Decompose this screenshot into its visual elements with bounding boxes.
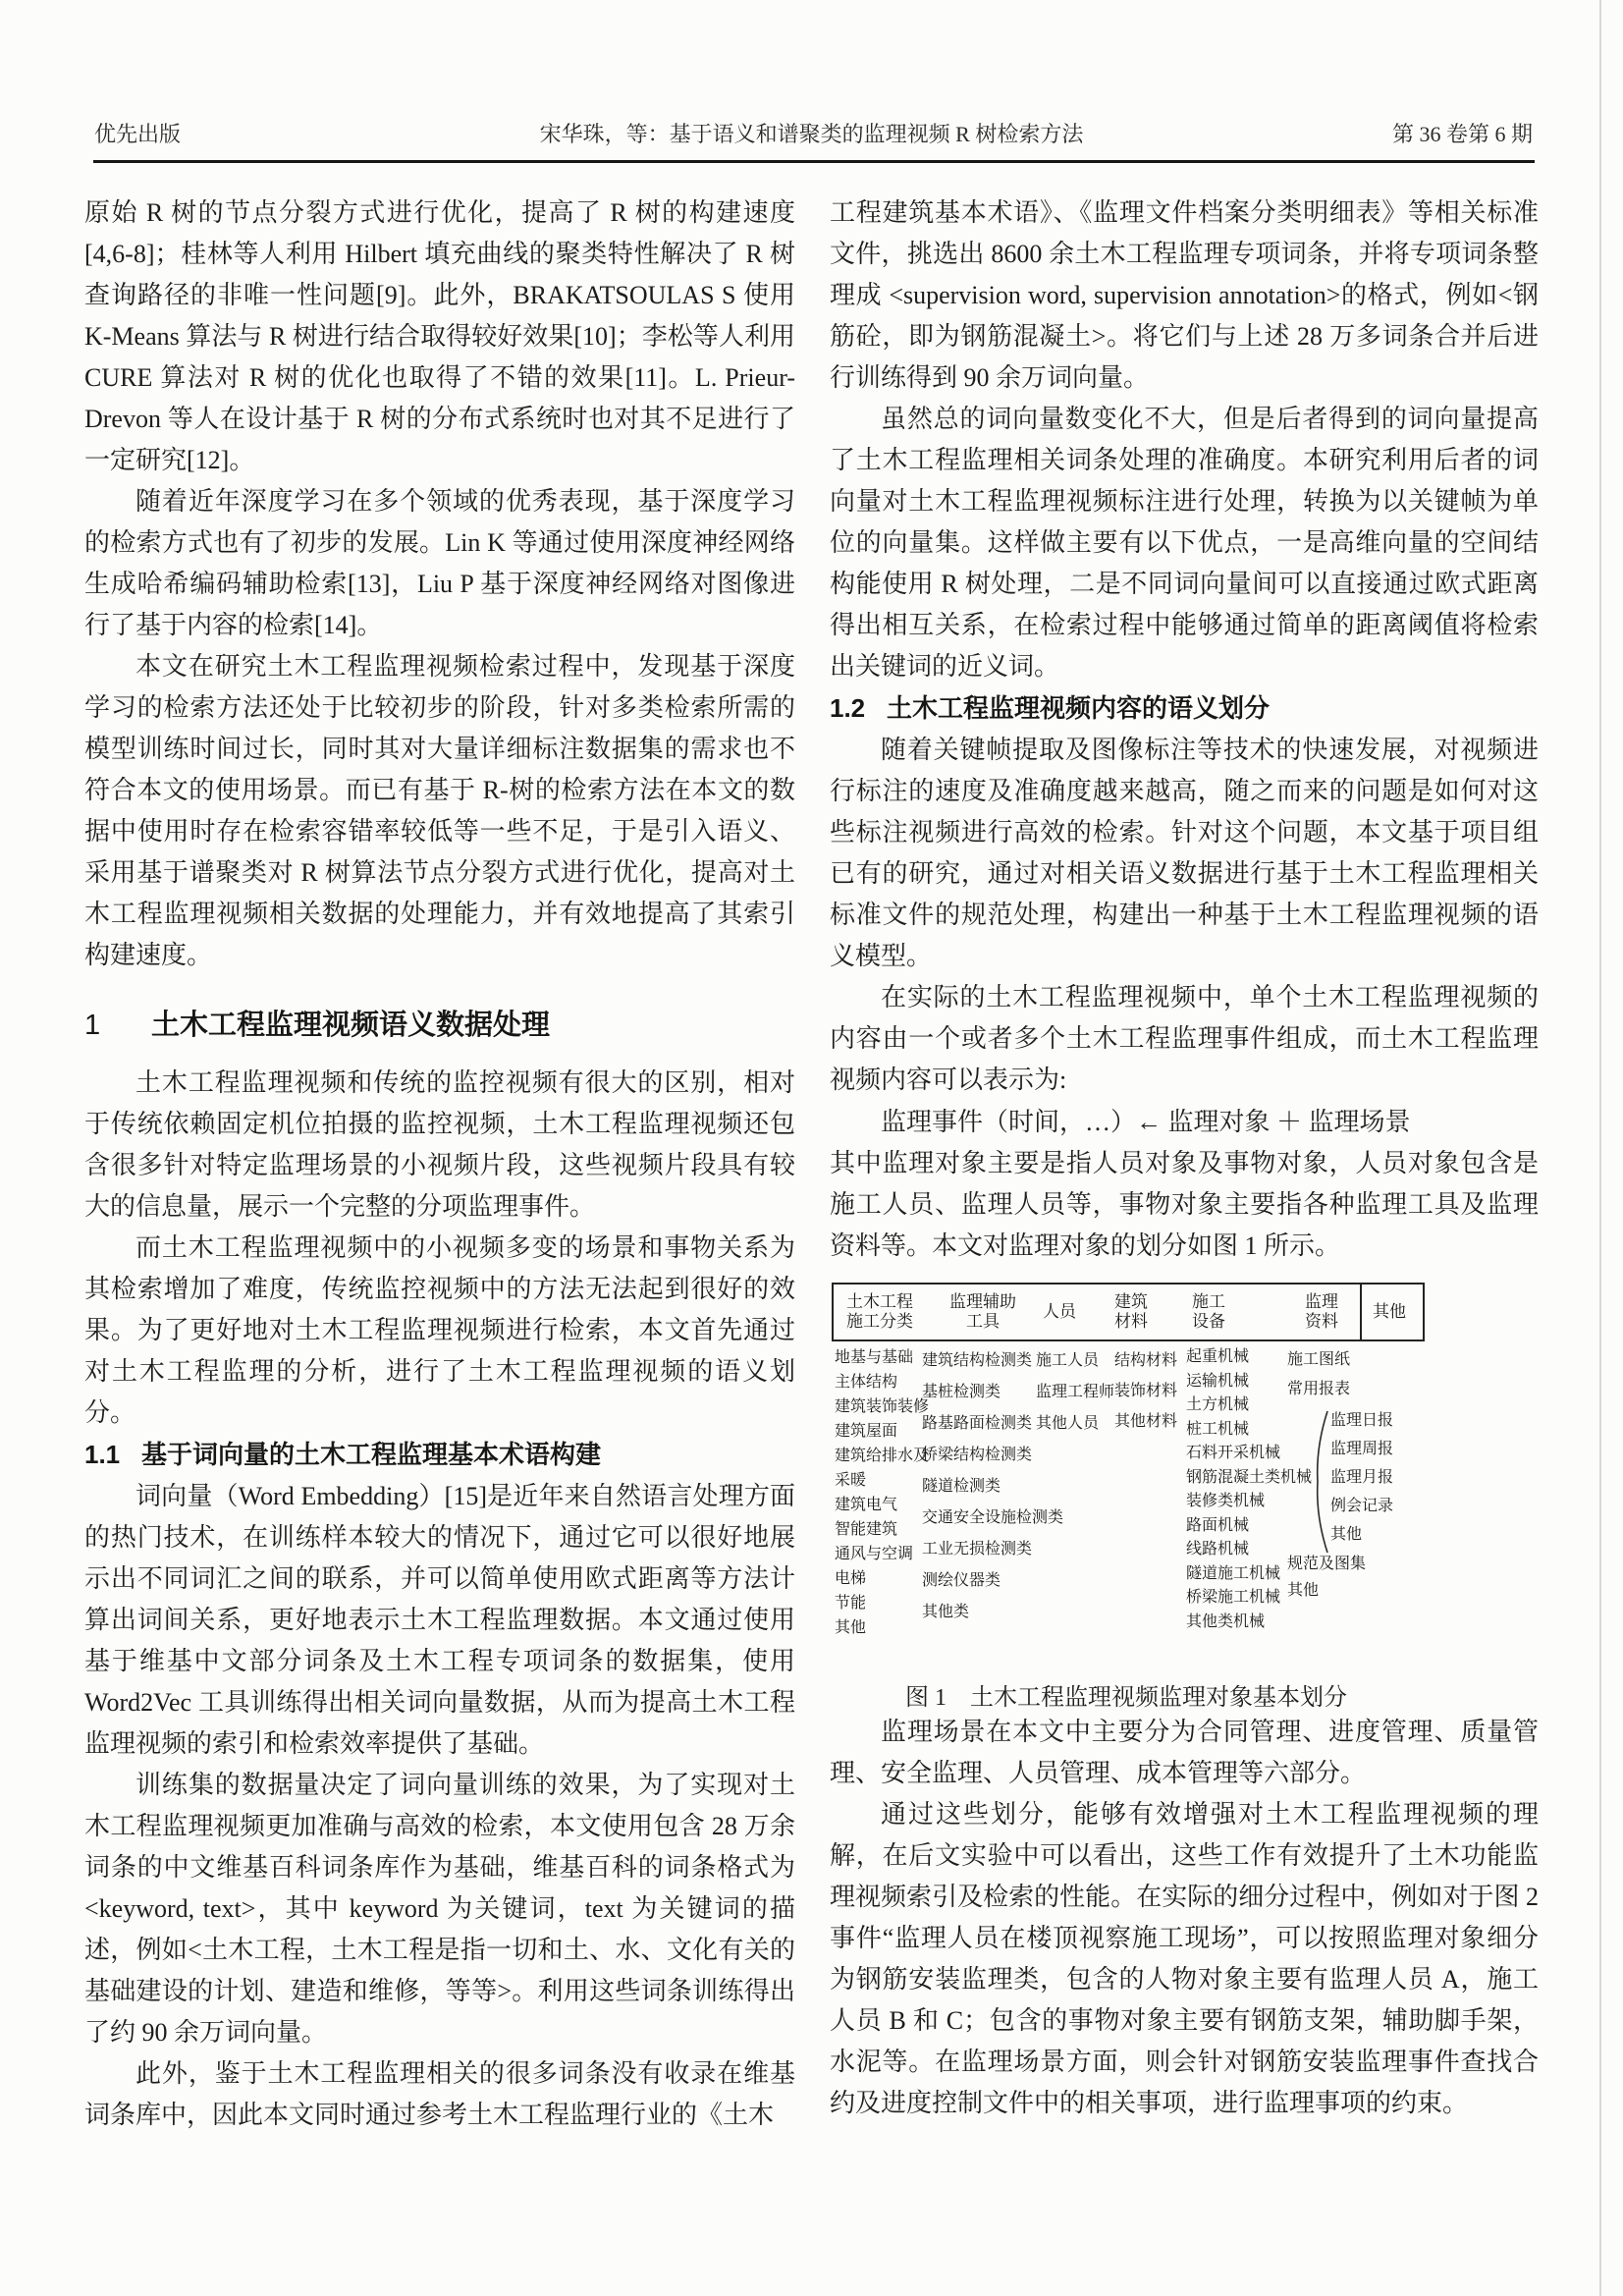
figure-header-divider bbox=[1360, 1285, 1362, 1339]
scan-edge-line bbox=[1599, 0, 1601, 2296]
paragraph: 虽然总的词向量数变化不大，但是后者得到的词向量提高了土木工程监理相关词条处理的准… bbox=[830, 399, 1539, 687]
figure-column-supervision-documents: 施工图纸常用报表 监理日报监理周报监理月报例会记录其他 规范及图集其他 bbox=[1287, 1345, 1393, 1604]
paper-page: 优先出版 宋华珠，等：基于语义和谱聚类的监理视频 R 树检索方法 第 36 卷第… bbox=[0, 0, 1623, 2296]
figure-item: 节能 bbox=[835, 1591, 929, 1615]
paragraph: 此外，鉴于土木工程监理相关的很多词条没有收录在维基词条库中，因此本文同时通过参考… bbox=[84, 2053, 795, 2136]
paragraph: 原始 R 树的节点分裂方式进行优化，提高了 R 树的构建速度[4,6-8]；桂林… bbox=[84, 192, 795, 481]
section-number: 1 bbox=[84, 1006, 151, 1045]
figure-header-personnel: 人员 bbox=[1043, 1302, 1076, 1322]
figure-item: 建筑电气 bbox=[835, 1493, 929, 1517]
header-rule bbox=[93, 160, 1535, 163]
figure-header-construction-category: 土木工程 施工分类 bbox=[846, 1292, 913, 1332]
figure-documents-bottom-items: 规范及图集其他 bbox=[1287, 1551, 1393, 1604]
figure-item: 建筑给排水及采暖 bbox=[835, 1444, 929, 1493]
figure-item: 通风与空调 bbox=[835, 1542, 929, 1566]
paragraph: 词向量（Word Embedding）[15]是近年来自然语言处理方面的热门技术… bbox=[84, 1476, 795, 1765]
paragraph: 工程建筑基本术语》、《监理文件档案分类明细表》等相关标准文件，挑选出 8600 … bbox=[830, 192, 1539, 399]
figure-1-supervision-object-diagram: 土木工程 施工分类 监理辅助 工具 人员 建筑 材料 施工 设备 监理 资料 其… bbox=[832, 1283, 1425, 1648]
section-number: 1.1 bbox=[84, 1434, 141, 1476]
semantic-formula: 监理事件（时间，…）← 监理对象 ＋ 监理场景 bbox=[830, 1101, 1539, 1143]
figure-item: 监理月报 bbox=[1330, 1463, 1393, 1492]
figure-documents-top-items: 施工图纸常用报表 bbox=[1287, 1345, 1393, 1404]
figure-item: 监理工程师 bbox=[1036, 1377, 1114, 1408]
section-title: 基于词向量的土木工程监理基本术语构建 bbox=[141, 1440, 601, 1469]
paragraph: 土木工程监理视频和传统的监控视频有很大的区别，相对于传统依赖固定机位拍摄的监控视… bbox=[84, 1063, 795, 1228]
figure-item: 监理周报 bbox=[1330, 1435, 1393, 1463]
running-head: 优先出版 宋华珠，等：基于语义和谱聚类的监理视频 R 树检索方法 第 36 卷第… bbox=[0, 118, 1623, 151]
figure-item: 交通安全设施检测类 bbox=[922, 1503, 1063, 1534]
section-title: 土木工程监理视频内容的语义划分 bbox=[887, 693, 1270, 723]
figure-item: 工业无损检测类 bbox=[922, 1534, 1063, 1565]
figure-item: 主体结构 bbox=[835, 1370, 929, 1394]
section-heading-1-1: 1.1基于词向量的土木工程监理基本术语构建 bbox=[84, 1434, 795, 1476]
paragraph: 其中监理对象主要是指人员对象及事物对象，人员对象包含是施工人员、监理人员等，事物… bbox=[830, 1143, 1539, 1267]
paragraph: 随着关键帧提取及图像标注等技术的快速发展，对视频进行标注的速度及准确度越来越高，… bbox=[830, 730, 1539, 977]
paragraph: 而土木工程监理视频中的小视频多变的场景和事物关系为其检索增加了难度，传统监控视频… bbox=[84, 1228, 795, 1434]
figure-item: 例会记录 bbox=[1330, 1492, 1393, 1520]
figure-item: 规范及图集 bbox=[1287, 1551, 1393, 1577]
figure-item: 装饰材料 bbox=[1114, 1376, 1177, 1406]
figure-item: 建筑装饰装修 bbox=[835, 1394, 929, 1419]
figure-item: 其他 bbox=[1330, 1520, 1393, 1549]
figure-item: 智能建筑 bbox=[835, 1517, 929, 1542]
section-heading-1-2: 1.2土木工程监理视频内容的语义划分 bbox=[830, 687, 1539, 730]
figure-item: 桥梁结构检测类 bbox=[922, 1440, 1063, 1471]
figure-1-caption: 图 1 土木工程监理视频监理对象基本划分 bbox=[830, 1677, 1423, 1712]
section-title: 土木工程监理视频语义数据处理 bbox=[151, 1010, 550, 1041]
figure-item: 施工图纸 bbox=[1287, 1345, 1393, 1375]
section-number: 1.2 bbox=[830, 687, 887, 730]
figure-item: 施工人员 bbox=[1036, 1345, 1114, 1377]
figure-item: 其他 bbox=[835, 1615, 929, 1640]
paragraph: 训练集的数据量决定了词向量训练的效果，为了实现对土木工程监理视频更加准确与高效的… bbox=[84, 1765, 795, 2053]
figure-item: 电梯 bbox=[835, 1566, 929, 1591]
figure-header-other: 其他 bbox=[1373, 1302, 1406, 1322]
brace-icon bbox=[1313, 1408, 1330, 1556]
paragraph: 通过这些划分，能够有效增强对土木工程监理视频的理解，在后文实验中可以看出，这些工… bbox=[830, 1794, 1539, 2124]
figure-item: 测绘仪器类 bbox=[922, 1565, 1063, 1597]
figure-documents-report-group: 监理日报监理周报监理月报例会记录其他 bbox=[1287, 1406, 1393, 1549]
figure-header-box: 土木工程 施工分类 监理辅助 工具 人员 建筑 材料 施工 设备 监理 资料 其… bbox=[832, 1283, 1425, 1341]
running-head-title: 宋华珠，等：基于语义和谱聚类的监理视频 R 树检索方法 bbox=[0, 118, 1623, 148]
figure-item: 其他 bbox=[1287, 1577, 1393, 1604]
section-heading-1: 1土木工程监理视频语义数据处理 bbox=[84, 1006, 795, 1045]
left-column: 原始 R 树的节点分裂方式进行优化，提高了 R 树的构建速度[4,6-8]；桂林… bbox=[84, 192, 795, 2136]
figure-item: 其他人员 bbox=[1036, 1408, 1114, 1440]
figure-column-personnel: 施工人员监理工程师其他人员 bbox=[1036, 1345, 1114, 1440]
paragraph: 在实际的土木工程监理视频中，单个土木工程监理视频的内容由一个或者多个土木工程监理… bbox=[830, 977, 1539, 1101]
figure-item: 隧道检测类 bbox=[922, 1471, 1063, 1503]
figure-header-auxiliary-tools: 监理辅助 工具 bbox=[949, 1292, 1016, 1332]
figure-header-construction-equipment: 施工 设备 bbox=[1192, 1292, 1225, 1332]
figure-item: 监理日报 bbox=[1330, 1406, 1393, 1435]
figure-header-supervision-documents: 监理 资料 bbox=[1305, 1292, 1338, 1332]
figure-item: 其他材料 bbox=[1114, 1406, 1177, 1437]
figure-item: 建筑屋面 bbox=[835, 1419, 929, 1444]
figure-column-building-materials: 结构材料装饰材料其他材料 bbox=[1114, 1345, 1177, 1437]
paragraph: 随着近年深度学习在多个领域的优秀表现，基于深度学习的检索方式也有了初步的发展。L… bbox=[84, 481, 795, 646]
figure-item: 其他类机械 bbox=[1186, 1611, 1312, 1635]
paragraph: 本文在研究土木工程监理视频检索过程中，发现基于深度学习的检索方法还处于比较初步的… bbox=[84, 646, 795, 976]
figure-column-construction-category: 地基与基础主体结构建筑装饰装修建筑屋面建筑给排水及采暖建筑电气智能建筑通风与空调… bbox=[835, 1345, 929, 1640]
figure-item: 地基与基础 bbox=[835, 1345, 929, 1370]
paragraph: 监理场景在本文中主要分为合同管理、进度管理、质量管理、安全监理、人员管理、成本管… bbox=[830, 1712, 1539, 1794]
right-column: 工程建筑基本术语》、《监理文件档案分类明细表》等相关标准文件，挑选出 8600 … bbox=[830, 192, 1539, 2124]
figure-item: 其他类 bbox=[922, 1597, 1063, 1628]
figure-documents-report-items: 监理日报监理周报监理月报例会记录其他 bbox=[1330, 1406, 1393, 1549]
running-head-issue: 第 36 卷第 6 期 bbox=[1392, 118, 1533, 148]
figure-item: 结构材料 bbox=[1114, 1345, 1177, 1376]
figure-item: 常用报表 bbox=[1287, 1375, 1393, 1404]
figure-header-building-materials: 建筑 材料 bbox=[1114, 1292, 1148, 1332]
